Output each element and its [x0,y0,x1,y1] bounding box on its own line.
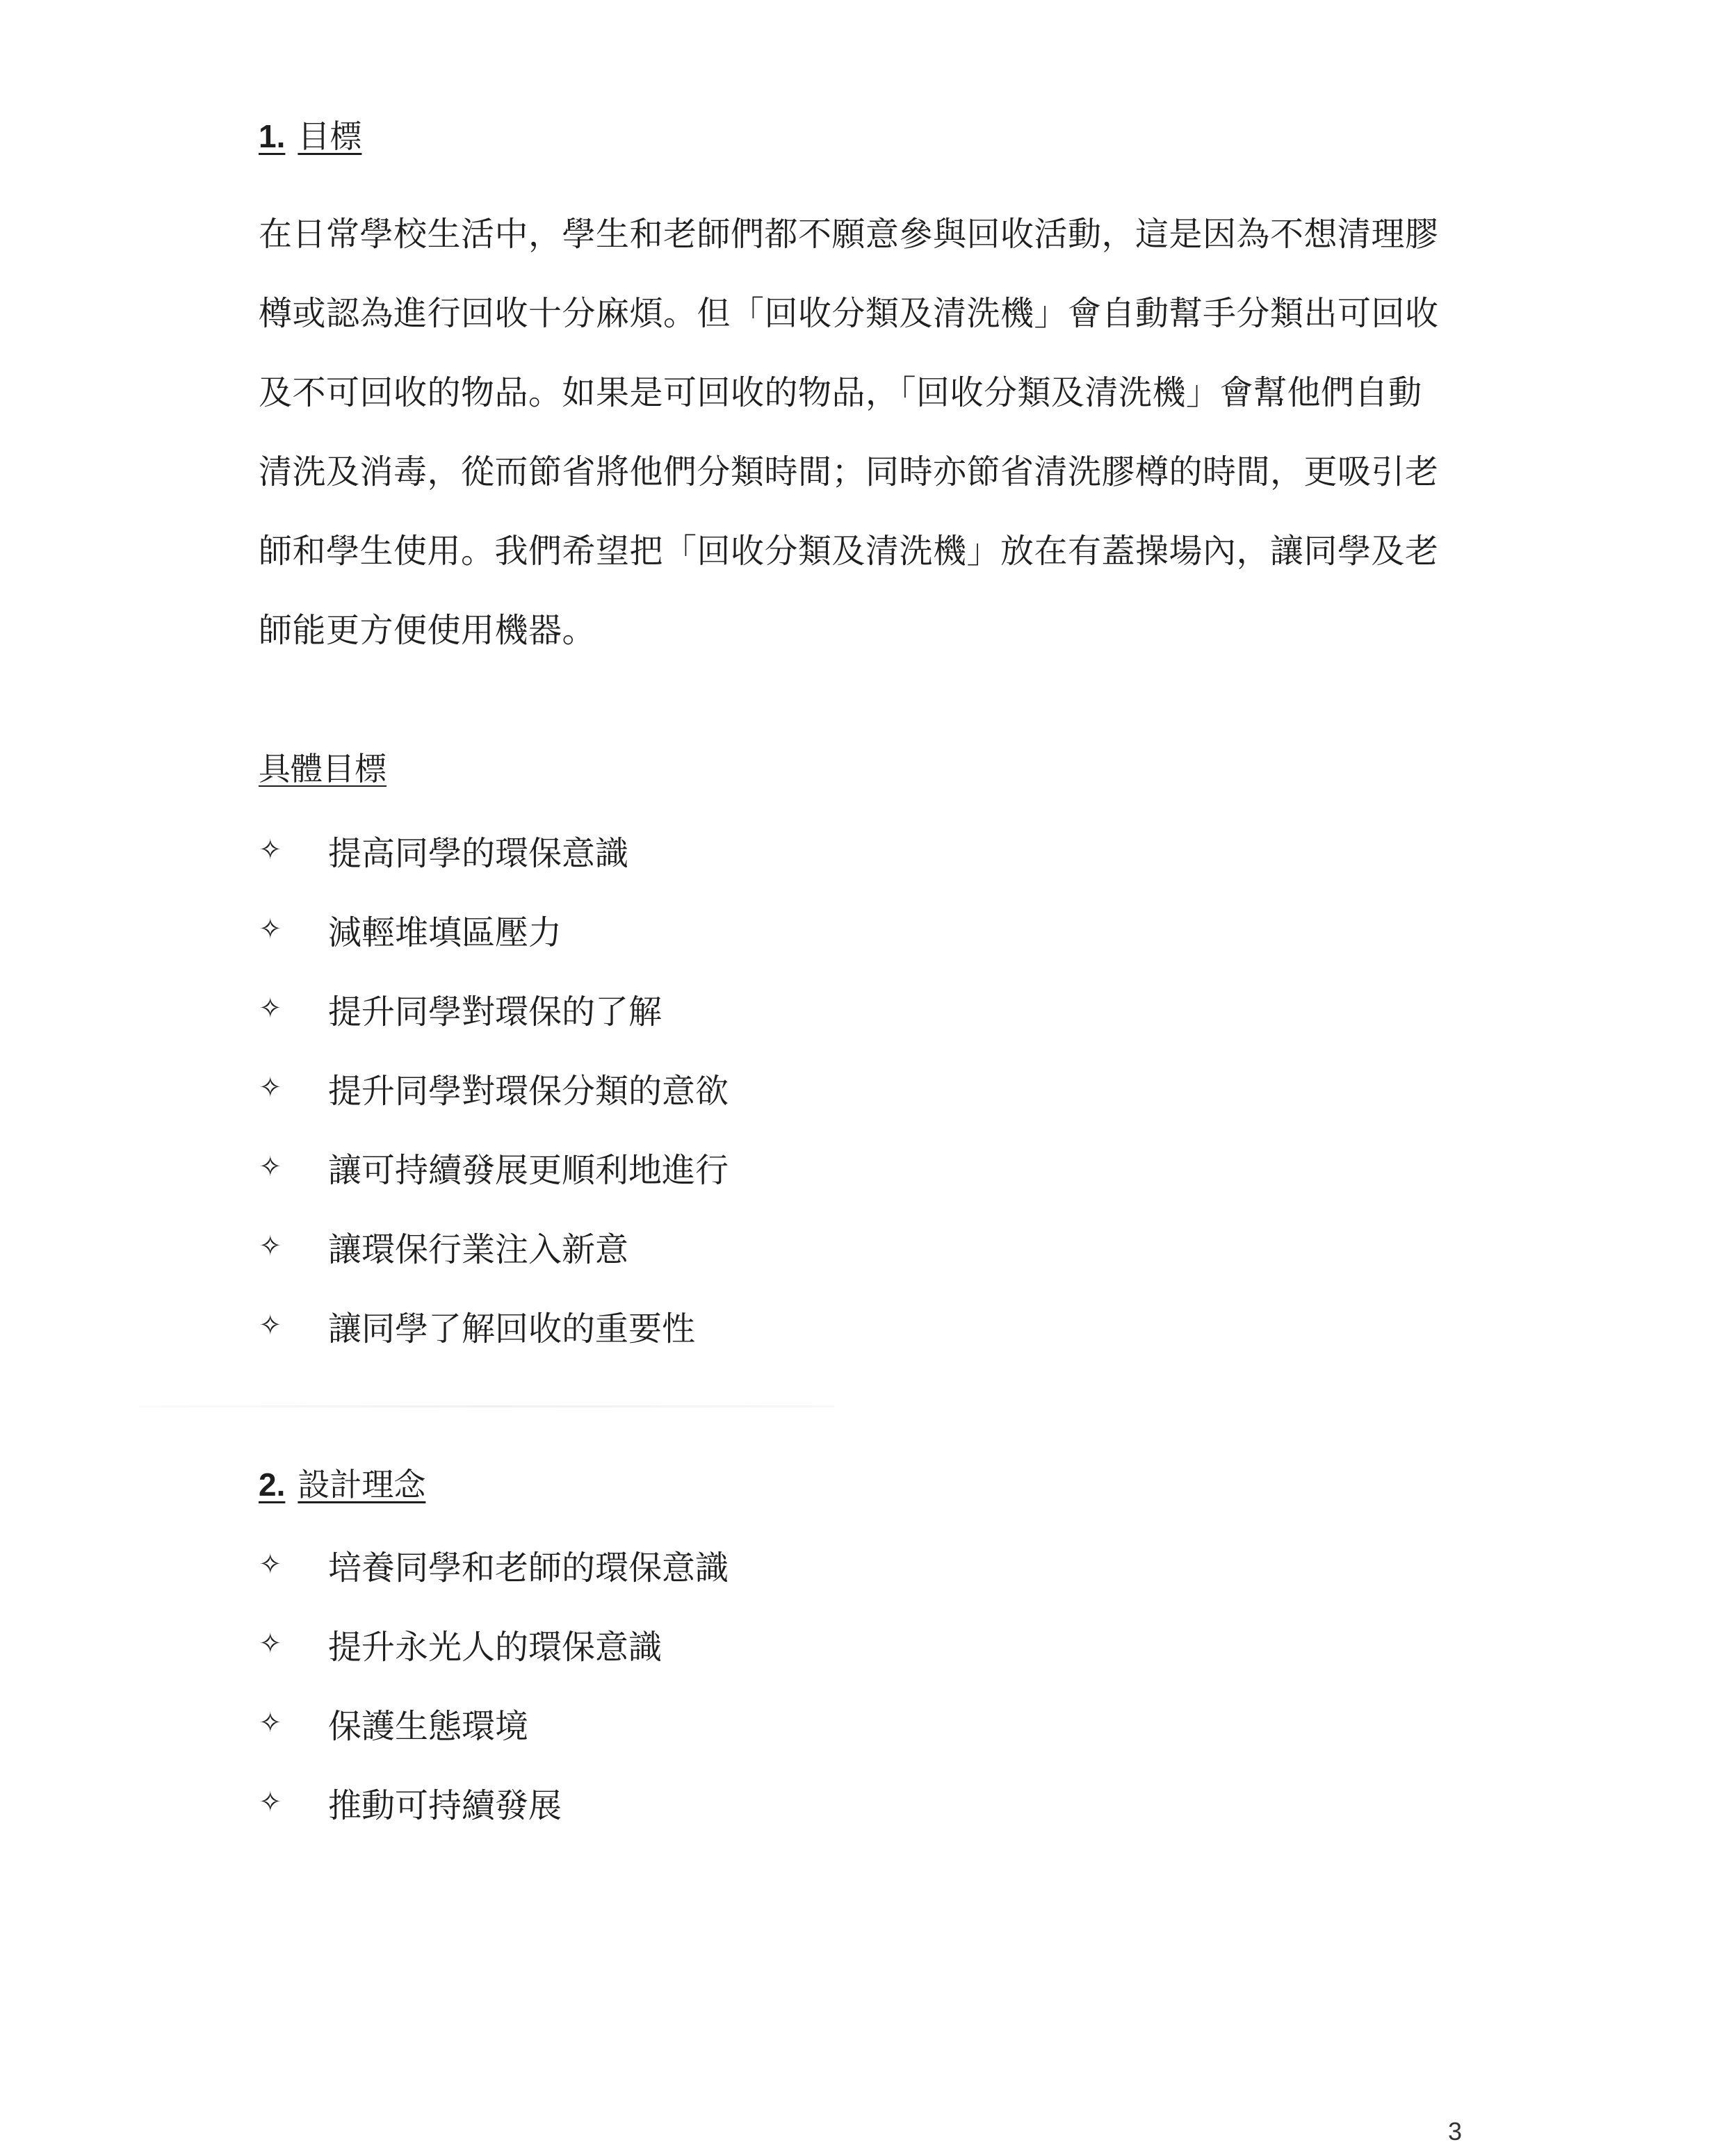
list-item-text: 讓環保行業注入新意 [328,1223,628,1271]
section-2-title: 設計理念 [298,1466,425,1503]
list-item-text: 提升同學對環保分類的意欲 [328,1064,729,1112]
list-item: ✧ 減輕堆填區壓力 [259,890,729,969]
list-item-text: 讓同學了解回收的重要性 [328,1302,695,1350]
star-bullet-icon: ✧ [259,1549,328,1581]
star-bullet-icon: ✧ [259,1628,328,1660]
section-1-title: 目標 [298,117,361,155]
star-bullet-icon: ✧ [259,993,328,1024]
paragraph-line: 樽或認為進行回收十分麻煩。但「回收分類及清洗機」會自動幫手分類出可回收 [259,274,1482,353]
paragraph-line: 清洗及消毒，從而節省將他們分類時間；同時亦節省清洗膠樽的時間，更吸引老 [259,432,1482,512]
section-2-heading: 2.設計理念 [259,1465,425,1504]
list-item-text: 保護生態環境 [328,1699,528,1747]
list-item: ✧ 提升永光人的環保意識 [259,1604,729,1683]
star-bullet-icon: ✧ [259,834,328,866]
paragraph-line: 在日常學校生活中，學生和老師們都不願意參與回收活動，這是因為不想清理膠 [259,195,1482,274]
star-bullet-icon: ✧ [259,1707,328,1739]
list-item-text: 推動可持續發展 [328,1779,562,1827]
list-item-text: 提升永光人的環保意識 [328,1620,662,1668]
list-item: ✧ 讓可持續發展更順利地進行 [259,1127,729,1207]
specific-goals-title: 具體目標 [259,750,387,787]
paragraph-line: 師和學生使用。我們希望把「回收分類及清洗機」放在有蓋操場內，讓同學及老 [259,512,1482,591]
list-item-text: 培養同學和老師的環保意識 [328,1541,729,1589]
list-item: ✧ 讓環保行業注入新意 [259,1207,729,1286]
list-item: ✧ 提升同學對環保的了解 [259,969,729,1048]
list-item-text: 減輕堆填區壓力 [328,906,562,954]
design-concept-list: ✧ 培養同學和老師的環保意識 ✧ 提升永光人的環保意識 ✧ 保護生態環境 ✧ 推… [259,1525,729,1842]
list-item: ✧ 保護生態環境 [259,1683,729,1763]
list-item-text: 讓可持續發展更順利地進行 [328,1143,729,1191]
page-number: 3 [1448,2117,1462,2146]
star-bullet-icon: ✧ [259,1230,328,1262]
list-item: ✧ 培養同學和老師的環保意識 [259,1525,729,1604]
star-bullet-icon: ✧ [259,1309,328,1341]
section-1-paragraph: 在日常學校生活中，學生和老師們都不願意參與回收活動，這是因為不想清理膠 樽或認為… [259,195,1482,670]
section-1-number: 1. [259,118,285,154]
star-bullet-icon: ✧ [259,1151,328,1183]
list-item: ✧ 推動可持續發展 [259,1763,729,1842]
paragraph-line: 師能更方便使用機器。 [259,591,1482,670]
list-item: ✧ 讓同學了解回收的重要性 [259,1286,729,1365]
specific-goals-list: ✧ 提高同學的環保意識 ✧ 減輕堆填區壓力 ✧ 提升同學對環保的了解 ✧ 提升同… [259,810,729,1365]
section-2-number: 2. [259,1467,285,1503]
star-bullet-icon: ✧ [259,1786,328,1818]
list-item-text: 提高同學的環保意識 [328,826,628,874]
document-page: 1.目標 在日常學校生活中，學生和老師們都不願意參與回收活動，這是因為不想清理膠… [0,0,1724,2156]
scan-artifact-line [139,1405,834,1407]
list-item: ✧ 提升同學對環保分類的意欲 [259,1048,729,1127]
paragraph-line: 及不可回收的物品。如果是可回收的物品，「回收分類及清洗機」會幫他們自動 [259,353,1482,432]
list-item-text: 提升同學對環保的了解 [328,985,662,1033]
star-bullet-icon: ✧ [259,913,328,945]
specific-goals-heading: 具體目標 [259,749,387,788]
star-bullet-icon: ✧ [259,1072,328,1104]
section-1-heading: 1.目標 [259,117,361,156]
list-item: ✧ 提高同學的環保意識 [259,810,729,890]
